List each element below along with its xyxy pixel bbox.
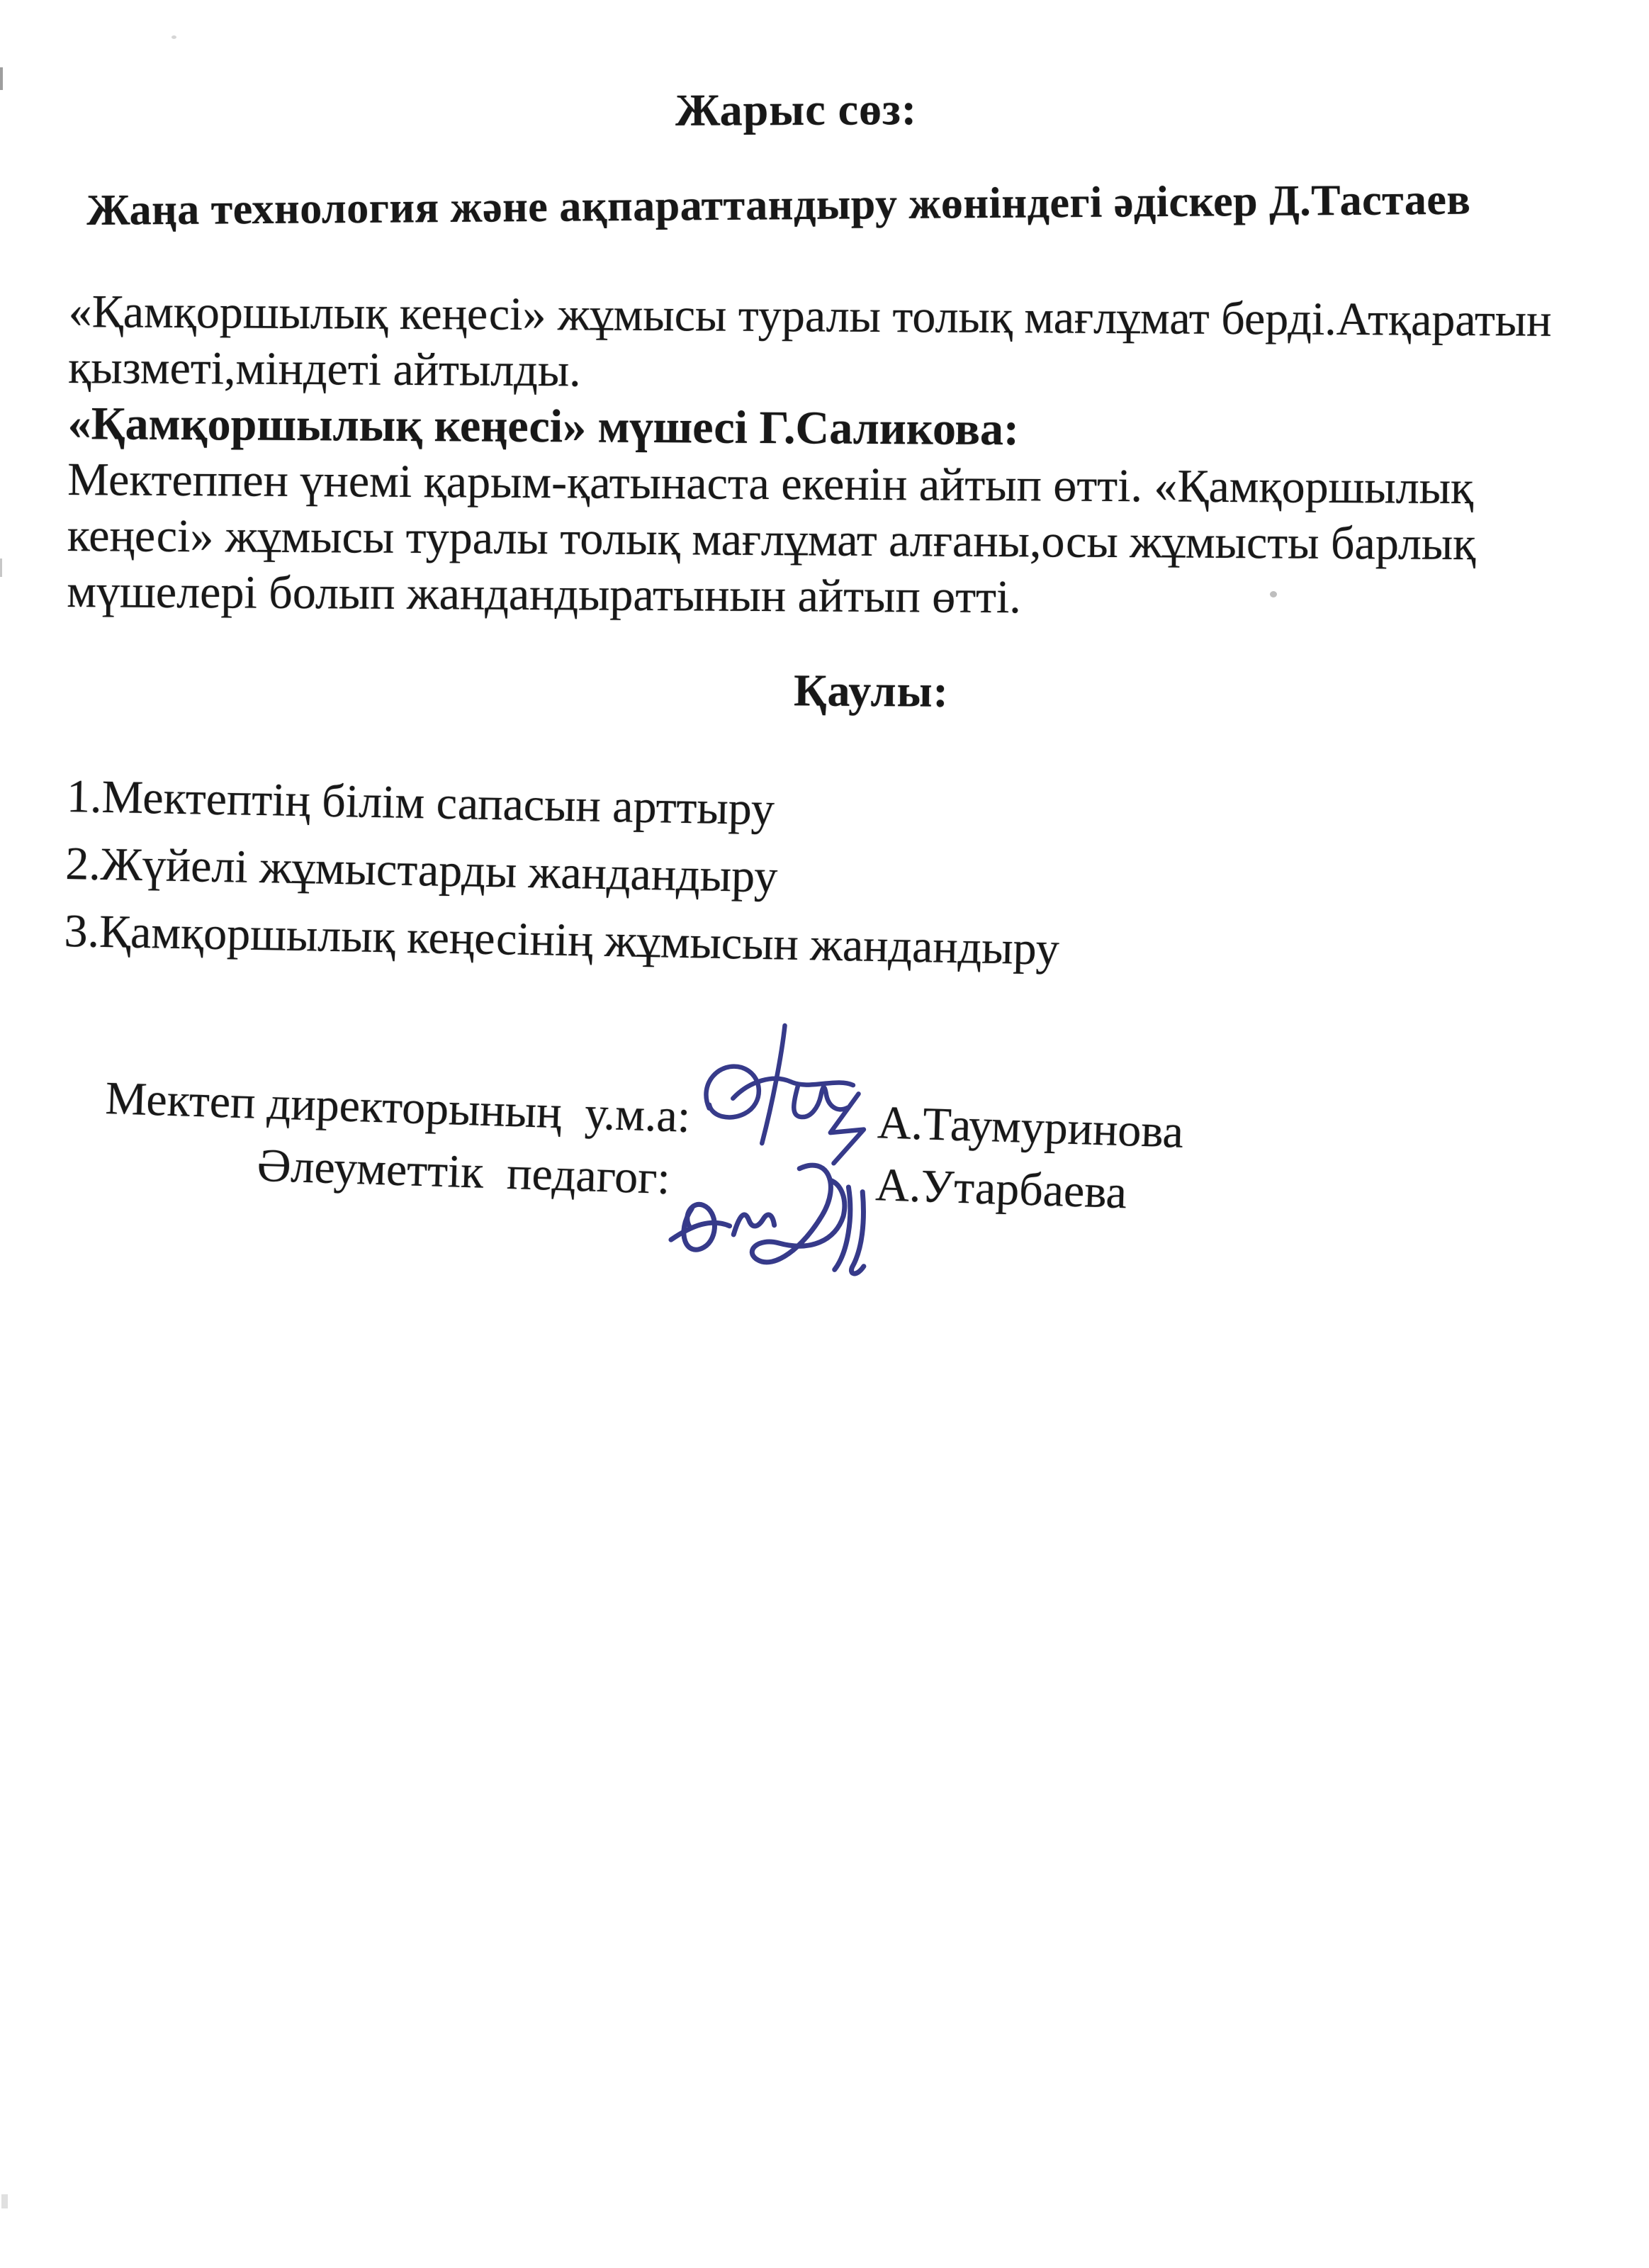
signature-space: [670, 1194, 875, 1200]
scan-edge-artifact: [0, 558, 2, 577]
council-member-heading: «Қамқоршылық кеңесі» мүшесі Г.Саликова:: [68, 395, 1602, 461]
scan-speck: [171, 35, 176, 39]
document-body: «Қамқоршылық кеңесі» жұмысы туралы толық…: [67, 283, 1603, 629]
signature-space: [672, 1131, 877, 1138]
report-paragraph: «Қамқоршылық кеңесі» жұмысы туралы толық…: [68, 283, 1603, 405]
signature-block: Мектеп директорының у.м.а: А.Таумуринова…: [102, 1072, 1310, 1234]
scan-edge-artifact: [0, 67, 3, 90]
signature-role-label: Мектеп директорының у.м.а:: [105, 1072, 673, 1143]
signature-name: А.Таумуринова: [877, 1096, 1184, 1160]
decision-heading: Қаулы:: [47, 659, 1649, 723]
document-page: Жарыс сөз: Жаңа технология және ақпаратт…: [0, 0, 1649, 2268]
scan-speck: [1270, 591, 1277, 597]
member-paragraph: Мектеппен үнемі қарым-қатынаста екенін а…: [67, 451, 1602, 629]
decision-list: 1.Мектептің білім сапасын арттыру 2.Жүйе…: [64, 763, 1062, 983]
document-title: Жарыс сөз:: [0, 79, 1621, 140]
signature-name: А.Утарбаева: [874, 1158, 1127, 1220]
speaker-heading: Жаңа технология және ақпараттандыру жөні…: [86, 174, 1603, 236]
scan-edge-artifact: [1, 2194, 8, 2208]
